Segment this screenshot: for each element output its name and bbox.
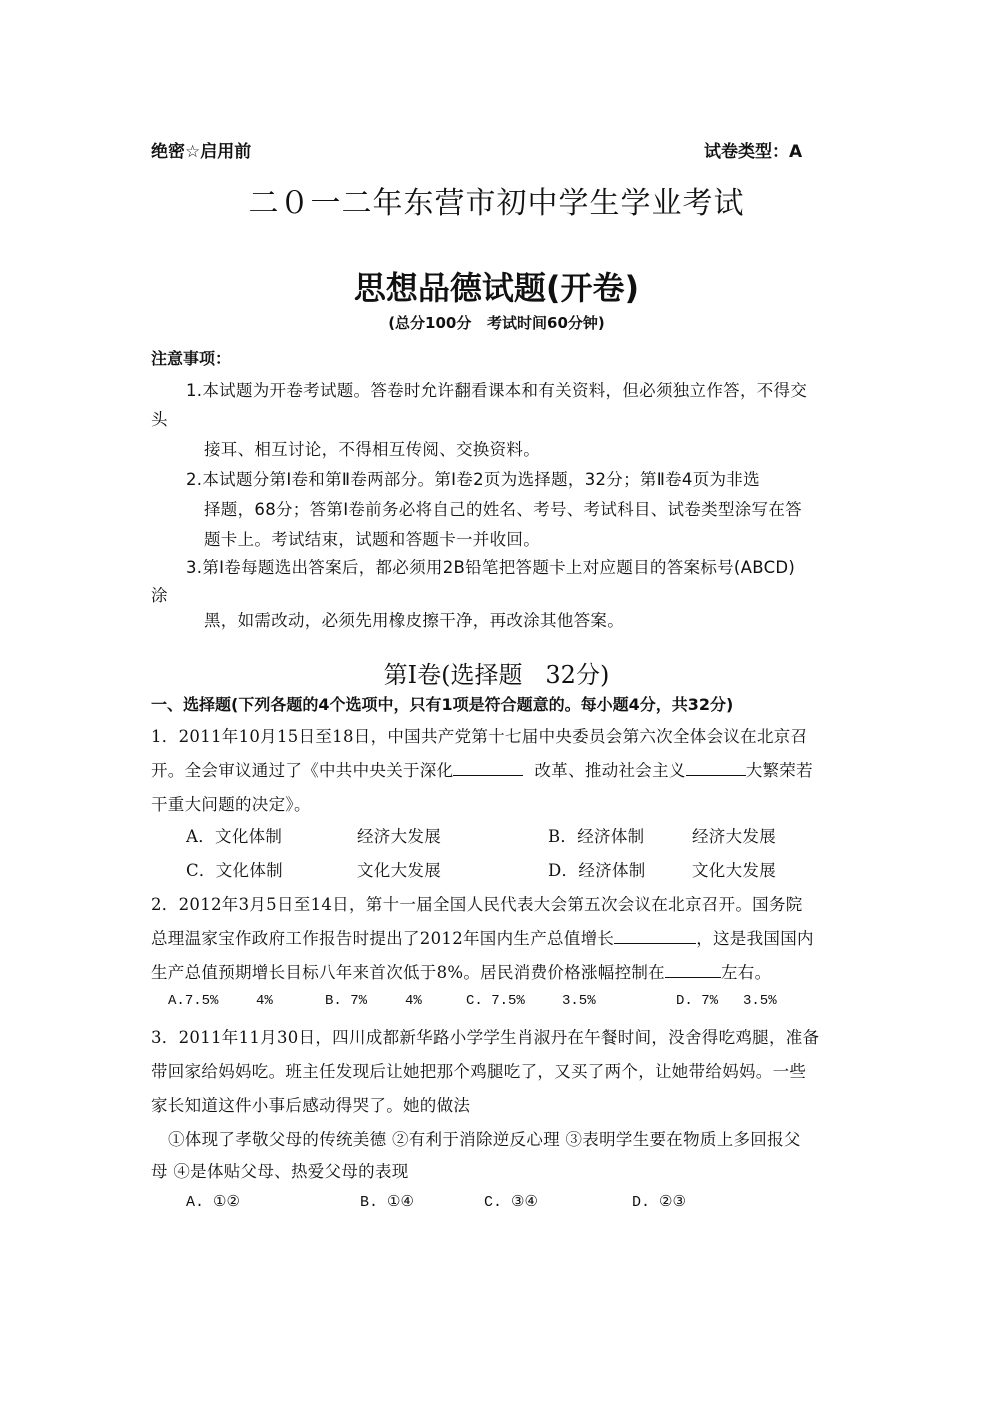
exam-subtitle: (总分100分 考试时间60分钟): [0, 312, 993, 333]
option-text-a: ①④: [387, 1194, 414, 1211]
note-2-line1: 2.本试题分第Ⅰ卷和第Ⅱ卷两部分。第Ⅰ卷2页为选择题，32分；第Ⅱ卷4页为非选: [186, 466, 760, 490]
q2-stem-line1: 2．2012年3月5日至14日，第十一届全国人民代表大会第五次会议在北京召开。国…: [151, 891, 803, 915]
option-label: A．: [186, 827, 215, 846]
exam-title: 二０一二年东营市初中学生学业考试: [0, 178, 993, 222]
option-text-a: 文化体制: [216, 861, 283, 880]
option-label: A.: [168, 993, 185, 1009]
q1-stem-line3: 干重大问题的决定》。: [151, 791, 311, 815]
option-label: D.: [676, 993, 693, 1009]
q3-statements-line1: ①体现了孝敬父母的传统美德 ②有利于消除逆反心理 ③表明学生要在物质上多回报父: [168, 1126, 801, 1150]
notes-heading: 注意事项：: [151, 346, 231, 369]
q2-stem-text-c: 生产总值预期增长目标八年来首次低于8%。居民消费价格涨幅控制在: [151, 963, 665, 982]
q2-blank-1: [614, 925, 696, 944]
option-text-a: ①②: [213, 1194, 240, 1211]
option-label: D.: [632, 1194, 650, 1211]
q2-stem-line2: 总理温家宝作政府工作报告时提出了2012年国内生产总值增长，这是我国国内: [151, 925, 814, 949]
q3-option-b[interactable]: B. ①④: [360, 1192, 414, 1211]
q3-option-c[interactable]: C. ③④: [484, 1192, 538, 1211]
note-3-line3: 黑，如需改动，必须先用橡皮擦干净，再改涂其他答案。: [204, 607, 624, 631]
confidential-label: 绝密☆启用前: [151, 137, 251, 162]
option-label: A.: [186, 1194, 204, 1211]
q3-option-d[interactable]: D. ②③: [632, 1192, 686, 1211]
option-label: B．: [548, 827, 577, 846]
section-title: 第Ⅰ卷(选择题 32分): [0, 655, 993, 690]
q2-option-c-b: 3.5%: [562, 993, 596, 1009]
q2-option-b-b: 4%: [405, 993, 422, 1009]
q1-stem-line1: 1．2011年10月15日至18日，中国共产党第十七届中央委员会第六次全体会议在…: [151, 723, 807, 747]
q2-blank-2: [665, 959, 721, 978]
q1-stem-text-b: 改革、推动社会主义: [535, 761, 686, 780]
q3-stem-line3: 家长知道这件小事后感动得哭了。她的做法: [151, 1092, 470, 1116]
option-text-a: 7.5%: [491, 993, 525, 1009]
subject-title: 思想品德试题(开卷): [0, 263, 993, 309]
option-text-a: ②③: [659, 1194, 686, 1211]
option-text-a: 7.5%: [185, 993, 219, 1009]
q2-stem-text-a: 总理温家宝作政府工作报告时提出了2012年国内生产总值增长: [151, 929, 614, 948]
q1-option-d[interactable]: D．经济体制: [548, 857, 646, 881]
paper-type-label: 试卷类型：A: [704, 137, 802, 162]
section-instructions: 一、选择题(下列各题的4个选项中，只有1项是符合题意的。每小题4分，共32分): [151, 692, 733, 715]
q1-option-d-b: 文化大发展: [692, 857, 776, 881]
option-text-a: 文化体制: [215, 827, 282, 846]
note-1-line3: 接耳、相互讨论，不得相互传阅、交换资料。: [204, 436, 540, 460]
q3-stem-line2: 带回家给妈妈吃。班主任发现后让她把那个鸡腿吃了，又买了两个，让她带给妈妈。一些: [151, 1058, 806, 1082]
q1-option-a[interactable]: A．文化体制: [186, 823, 282, 847]
q1-blank-2: [686, 757, 746, 776]
option-text-a: 经济体制: [578, 861, 645, 880]
q3-statements-line2: 母 ④是体贴父母、热爱父母的表现: [151, 1158, 409, 1182]
q2-stem-text-d: 左右。: [721, 963, 771, 982]
q1-option-c[interactable]: C．文化体制: [186, 857, 283, 881]
option-text-a: 经济体制: [577, 827, 644, 846]
q2-option-a[interactable]: A.7.5%: [168, 993, 218, 1009]
q1-option-c-b: 文化大发展: [357, 857, 441, 881]
q1-stem-text-c: 大繁荣若: [746, 761, 813, 780]
option-label: C.: [466, 993, 483, 1009]
q2-stem-line3: 生产总值预期增长目标八年来首次低于8%。居民消费价格涨幅控制在左右。: [151, 959, 771, 983]
q1-option-b-b: 经济大发展: [692, 823, 776, 847]
option-text-a: 7%: [701, 993, 718, 1009]
option-label: B.: [325, 993, 342, 1009]
note-3-line2: 涂: [151, 582, 168, 606]
q3-stem-line1: 3．2011年11月30日，四川成都新华路小学学生肖淑丹在午餐时间，没舍得吃鸡腿…: [151, 1024, 819, 1048]
q3-option-a[interactable]: A. ①②: [186, 1192, 240, 1211]
note-2-line3: 题卡上。考试结束，试题和答题卡一并收回。: [204, 526, 540, 550]
note-1-line2: 头: [151, 406, 168, 430]
q2-option-d-b: 3.5%: [743, 993, 777, 1009]
note-2-line2: 择题，68分；答第Ⅰ卷前务必将自己的姓名、考号、考试科目、试卷类型涂写在答: [204, 496, 802, 520]
q2-option-a-b: 4%: [256, 993, 273, 1009]
q2-option-b[interactable]: B. 7%: [325, 993, 367, 1009]
q1-stem-line2: 开。全会审议通过了《中共中央关于深化 改革、推动社会主义大繁荣若: [151, 757, 813, 781]
note-3-line1: 3.第Ⅰ卷每题选出答案后，都必须用2B铅笔把答题卡上对应题目的答案标号(ABCD…: [186, 554, 795, 578]
q2-option-d[interactable]: D. 7%: [676, 993, 718, 1009]
q1-blank-1: [453, 757, 523, 776]
q1-option-b[interactable]: B．经济体制: [548, 823, 644, 847]
note-1-line1: 1.本试题为开卷考试题。答卷时允许翻看课本和有关资料，但必须独立作答，不得交: [186, 377, 807, 401]
option-label: C．: [186, 861, 216, 880]
option-label: B.: [360, 1194, 378, 1211]
option-text-a: ③④: [511, 1194, 538, 1211]
option-text-a: 7%: [350, 993, 367, 1009]
option-label: C.: [484, 1194, 502, 1211]
option-label: D．: [548, 861, 578, 880]
q2-option-c[interactable]: C. 7.5%: [466, 993, 525, 1009]
q1-stem-text-a: 开。全会审议通过了《中共中央关于深化: [151, 761, 453, 780]
q2-stem-text-b: ，这是我国国内: [696, 929, 814, 948]
q1-option-a-b: 经济大发展: [357, 823, 441, 847]
